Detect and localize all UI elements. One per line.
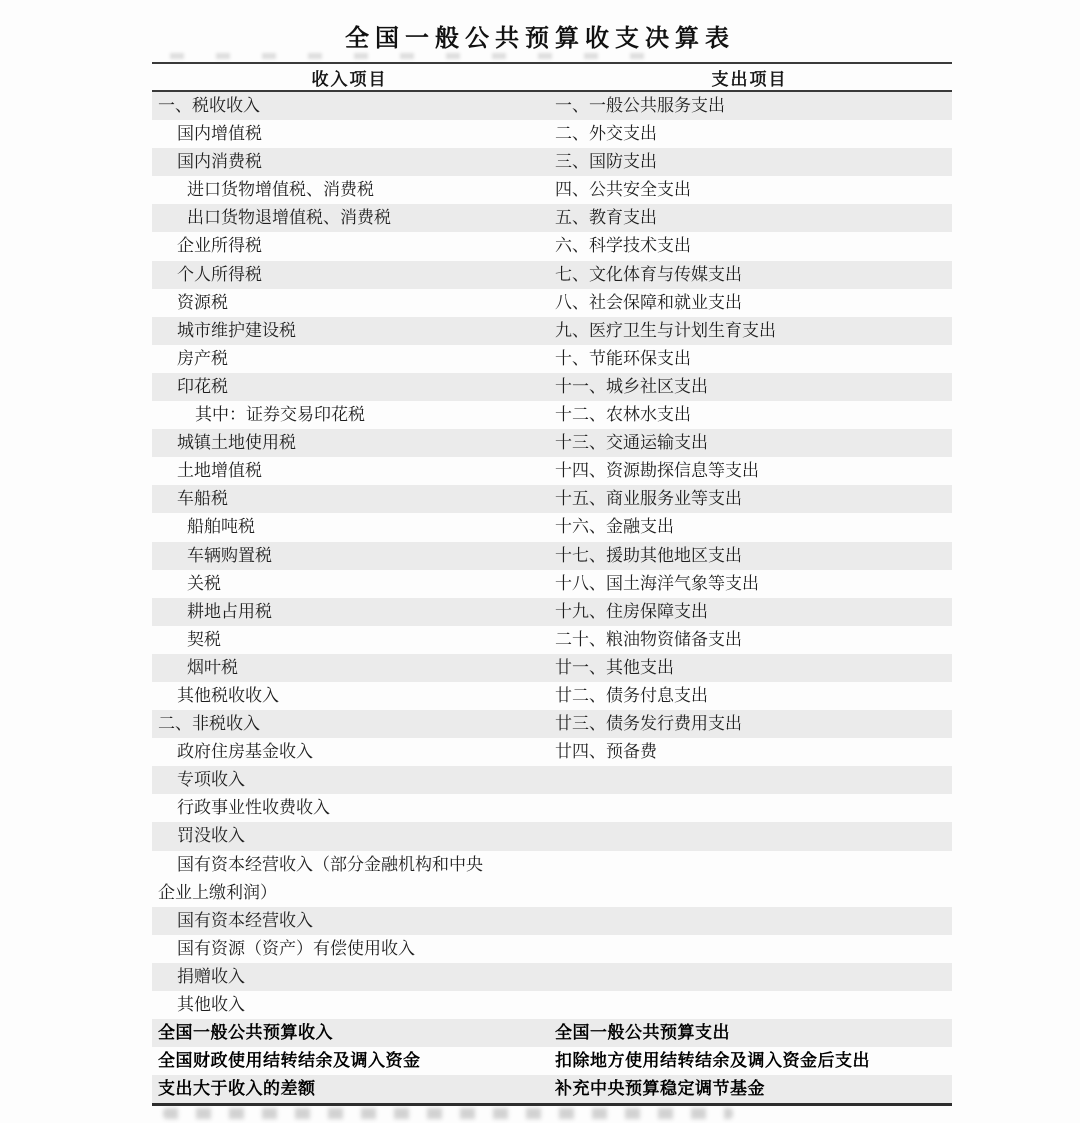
table-row: 国有资源（资产）有偿使用收入 xyxy=(152,935,952,963)
table-row: 耕地占用税 十九、住房保障支出 xyxy=(152,598,952,626)
expense-cell: 十八、国土海洋气象等支出 xyxy=(547,570,952,598)
table-row: 政府住房基金收入 廿四、预备费 xyxy=(152,738,952,766)
income-item: 进口货物增值税、消费税 xyxy=(152,176,547,204)
expense-cell: 十六、金融支出 xyxy=(547,513,952,541)
income-item: 土地增值税 xyxy=(152,457,547,485)
income-item-continuation: 企业上缴利润） xyxy=(152,879,547,907)
income-cell: 企业所得税 xyxy=(152,232,547,260)
income-cell: 其他收入 xyxy=(152,991,547,1019)
expense-cell: 七、文化体育与传媒支出 xyxy=(547,261,952,289)
expense-cell: 六、科学技术支出 xyxy=(547,232,952,260)
table-row: 罚没收入 xyxy=(152,822,952,850)
income-item: 国内消费税 xyxy=(152,148,547,176)
income-cell: 船舶吨税 xyxy=(152,513,547,541)
income-item: 国有资源（资产）有偿使用收入 xyxy=(152,935,547,963)
scan-artifact-bottom xyxy=(163,1108,733,1119)
expense-cell: 十、节能环保支出 xyxy=(547,345,952,373)
income-cell: 城镇土地使用税 xyxy=(152,429,547,457)
table-row: 车船税 十五、商业服务业等支出 xyxy=(152,485,952,513)
income-cell: 土地增值税 xyxy=(152,457,547,485)
income-cell: 其中：证券交易印花税 xyxy=(152,401,547,429)
income-cell: 国有资源（资产）有偿使用收入 xyxy=(152,935,547,963)
income-item: 支出大于收入的差额 xyxy=(152,1075,547,1103)
income-cell: 房产税 xyxy=(152,345,547,373)
table-row: 烟叶税 廿一、其他支出 xyxy=(152,654,952,682)
table-row: 二、非税收入 廿三、债务发行费用支出 xyxy=(152,710,952,738)
income-item: 全国财政使用结转结余及调入资金 xyxy=(152,1047,547,1075)
income-item: 资源税 xyxy=(152,289,547,317)
expense-cell: 十七、援助其他地区支出 xyxy=(547,542,952,570)
income-item: 城镇土地使用税 xyxy=(152,429,547,457)
income-cell: 一、税收收入 xyxy=(152,92,547,120)
table-row: 全国一般公共预算收入 全国一般公共预算支出 xyxy=(152,1019,952,1047)
income-item: 车船税 xyxy=(152,485,547,513)
expense-cell: 廿一、其他支出 xyxy=(547,654,952,682)
income-cell: 关税 xyxy=(152,570,547,598)
table-row: 捐赠收入 xyxy=(152,963,952,991)
expense-cell xyxy=(547,766,952,794)
income-cell: 耕地占用税 xyxy=(152,598,547,626)
income-item: 房产税 xyxy=(152,345,547,373)
expense-cell: 廿四、预备费 xyxy=(547,738,952,766)
table-row: 城市维护建设税 九、医疗卫生与计划生育支出 xyxy=(152,317,952,345)
income-item: 捐赠收入 xyxy=(152,963,547,991)
table-row: 车辆购置税 十七、援助其他地区支出 xyxy=(152,542,952,570)
income-cell: 国有资本经营收入 xyxy=(152,907,547,935)
income-cell: 国内增值税 xyxy=(152,120,547,148)
expense-cell: 二十、粮油物资储备支出 xyxy=(547,626,952,654)
expense-cell: 十三、交通运输支出 xyxy=(547,429,952,457)
expense-cell: 扣除地方使用结转结余及调入资金后支出 xyxy=(547,1047,952,1075)
income-item: 车辆购置税 xyxy=(152,542,547,570)
table-row: 国有资本经营收入（部分金融机构和中央企业上缴利润） xyxy=(152,851,952,907)
income-item: 企业所得税 xyxy=(152,232,547,260)
expense-column-header: 支出项目 xyxy=(547,65,952,90)
expense-cell xyxy=(547,794,952,822)
table-row: 契税 二十、粮油物资储备支出 xyxy=(152,626,952,654)
income-cell: 政府住房基金收入 xyxy=(152,738,547,766)
income-cell: 全国财政使用结转结余及调入资金 xyxy=(152,1047,547,1075)
income-item: 其他税收收入 xyxy=(152,682,547,710)
table-row: 专项收入 xyxy=(152,766,952,794)
income-item: 国有资本经营收入（部分金融机构和中央 xyxy=(152,851,547,879)
expense-cell: 五、教育支出 xyxy=(547,204,952,232)
income-item: 其他收入 xyxy=(152,991,547,1019)
income-item: 印花税 xyxy=(152,373,547,401)
table-body: 一、税收收入 一、一般公共服务支出 国内增值税 二、外交支出 国内消费税 三、国… xyxy=(152,92,952,1103)
table-row: 国内消费税 三、国防支出 xyxy=(152,148,952,176)
table-row: 个人所得税 七、文化体育与传媒支出 xyxy=(152,261,952,289)
income-cell: 个人所得税 xyxy=(152,261,547,289)
table-row: 其中：证券交易印花税 十二、农林水支出 xyxy=(152,401,952,429)
table-row: 一、税收收入 一、一般公共服务支出 xyxy=(152,92,952,120)
income-cell: 车船税 xyxy=(152,485,547,513)
income-item: 耕地占用税 xyxy=(152,598,547,626)
income-cell: 捐赠收入 xyxy=(152,963,547,991)
income-cell: 进口货物增值税、消费税 xyxy=(152,176,547,204)
income-cell: 烟叶税 xyxy=(152,654,547,682)
table-row: 资源税 八、社会保障和就业支出 xyxy=(152,289,952,317)
expense-cell: 九、医疗卫生与计划生育支出 xyxy=(547,317,952,345)
expense-cell: 四、公共安全支出 xyxy=(547,176,952,204)
table-row: 城镇土地使用税 十三、交通运输支出 xyxy=(152,429,952,457)
expense-cell: 十一、城乡社区支出 xyxy=(547,373,952,401)
expense-cell: 十四、资源勘探信息等支出 xyxy=(547,457,952,485)
income-cell: 国内消费税 xyxy=(152,148,547,176)
income-cell: 印花税 xyxy=(152,373,547,401)
table-row: 其他税收收入 廿二、债务付息支出 xyxy=(152,682,952,710)
table-row: 进口货物增值税、消费税 四、公共安全支出 xyxy=(152,176,952,204)
expense-cell: 三、国防支出 xyxy=(547,148,952,176)
income-item: 国有资本经营收入 xyxy=(152,907,547,935)
expense-cell: 廿二、债务付息支出 xyxy=(547,682,952,710)
table-row: 出口货物退增值税、消费税 五、教育支出 xyxy=(152,204,952,232)
income-item: 关税 xyxy=(152,570,547,598)
table-row: 支出大于收入的差额 补充中央预算稳定调节基金 xyxy=(152,1075,952,1103)
table-row: 房产税 十、节能环保支出 xyxy=(152,345,952,373)
income-cell: 支出大于收入的差额 xyxy=(152,1075,547,1103)
expense-cell xyxy=(547,991,952,1019)
income-cell: 专项收入 xyxy=(152,766,547,794)
table-header-row: 收入项目 支出项目 xyxy=(152,64,952,92)
expense-cell: 十九、住房保障支出 xyxy=(547,598,952,626)
income-item: 政府住房基金收入 xyxy=(152,738,547,766)
table-row: 船舶吨税 十六、金融支出 xyxy=(152,513,952,541)
expense-cell xyxy=(547,963,952,991)
expense-cell: 全国一般公共预算支出 xyxy=(547,1019,952,1047)
table-row: 其他收入 xyxy=(152,991,952,1019)
income-item: 行政事业性收费收入 xyxy=(152,794,547,822)
expense-cell xyxy=(547,907,952,935)
income-item: 国内增值税 xyxy=(152,120,547,148)
income-item: 契税 xyxy=(152,626,547,654)
table-row: 国有资本经营收入 xyxy=(152,907,952,935)
income-cell: 全国一般公共预算收入 xyxy=(152,1019,547,1047)
expense-cell: 一、一般公共服务支出 xyxy=(547,92,952,120)
income-cell: 国有资本经营收入（部分金融机构和中央企业上缴利润） xyxy=(152,851,547,907)
table-row: 国内增值税 二、外交支出 xyxy=(152,120,952,148)
income-cell: 车辆购置税 xyxy=(152,542,547,570)
table-row: 全国财政使用结转结余及调入资金 扣除地方使用结转结余及调入资金后支出 xyxy=(152,1047,952,1075)
income-cell: 行政事业性收费收入 xyxy=(152,794,547,822)
expense-cell: 二、外交支出 xyxy=(547,120,952,148)
income-column-header: 收入项目 xyxy=(152,65,547,90)
income-cell: 资源税 xyxy=(152,289,547,317)
table-row: 行政事业性收费收入 xyxy=(152,794,952,822)
income-cell: 城市维护建设税 xyxy=(152,317,547,345)
income-item: 罚没收入 xyxy=(152,822,547,850)
table-row: 印花税 十一、城乡社区支出 xyxy=(152,373,952,401)
income-cell: 契税 xyxy=(152,626,547,654)
expense-cell xyxy=(547,851,952,907)
income-item: 出口货物退增值税、消费税 xyxy=(152,204,547,232)
expense-cell: 八、社会保障和就业支出 xyxy=(547,289,952,317)
income-cell: 罚没收入 xyxy=(152,822,547,850)
income-item: 专项收入 xyxy=(152,766,547,794)
expense-cell: 补充中央预算稳定调节基金 xyxy=(547,1075,952,1103)
expense-cell xyxy=(547,935,952,963)
table-row: 土地增值税 十四、资源勘探信息等支出 xyxy=(152,457,952,485)
table-row: 关税 十八、国土海洋气象等支出 xyxy=(152,570,952,598)
income-item: 二、非税收入 xyxy=(152,710,547,738)
income-cell: 其他税收收入 xyxy=(152,682,547,710)
expense-cell: 十五、商业服务业等支出 xyxy=(547,485,952,513)
income-item: 城市维护建设税 xyxy=(152,317,547,345)
budget-table: 收入项目 支出项目 一、税收收入 一、一般公共服务支出 国内增值税 二、外交支出… xyxy=(152,62,952,1106)
income-item: 个人所得税 xyxy=(152,261,547,289)
expense-cell xyxy=(547,822,952,850)
income-item: 烟叶税 xyxy=(152,654,547,682)
expense-cell: 十二、农林水支出 xyxy=(547,401,952,429)
table-row: 企业所得税 六、科学技术支出 xyxy=(152,232,952,260)
income-cell: 出口货物退增值税、消费税 xyxy=(152,204,547,232)
income-item: 船舶吨税 xyxy=(152,513,547,541)
income-cell: 二、非税收入 xyxy=(152,710,547,738)
page-title: 全国一般公共预算收支决算表 xyxy=(0,18,1080,53)
income-item: 一、税收收入 xyxy=(152,92,547,120)
income-item: 全国一般公共预算收入 xyxy=(152,1019,547,1047)
income-item: 其中：证券交易印花税 xyxy=(152,401,547,429)
scan-artifact-top xyxy=(170,53,670,59)
expense-cell: 廿三、债务发行费用支出 xyxy=(547,710,952,738)
document-page: 全国一般公共预算收支决算表 收入项目 支出项目 一、税收收入 一、一般公共服务支… xyxy=(0,0,1080,1123)
